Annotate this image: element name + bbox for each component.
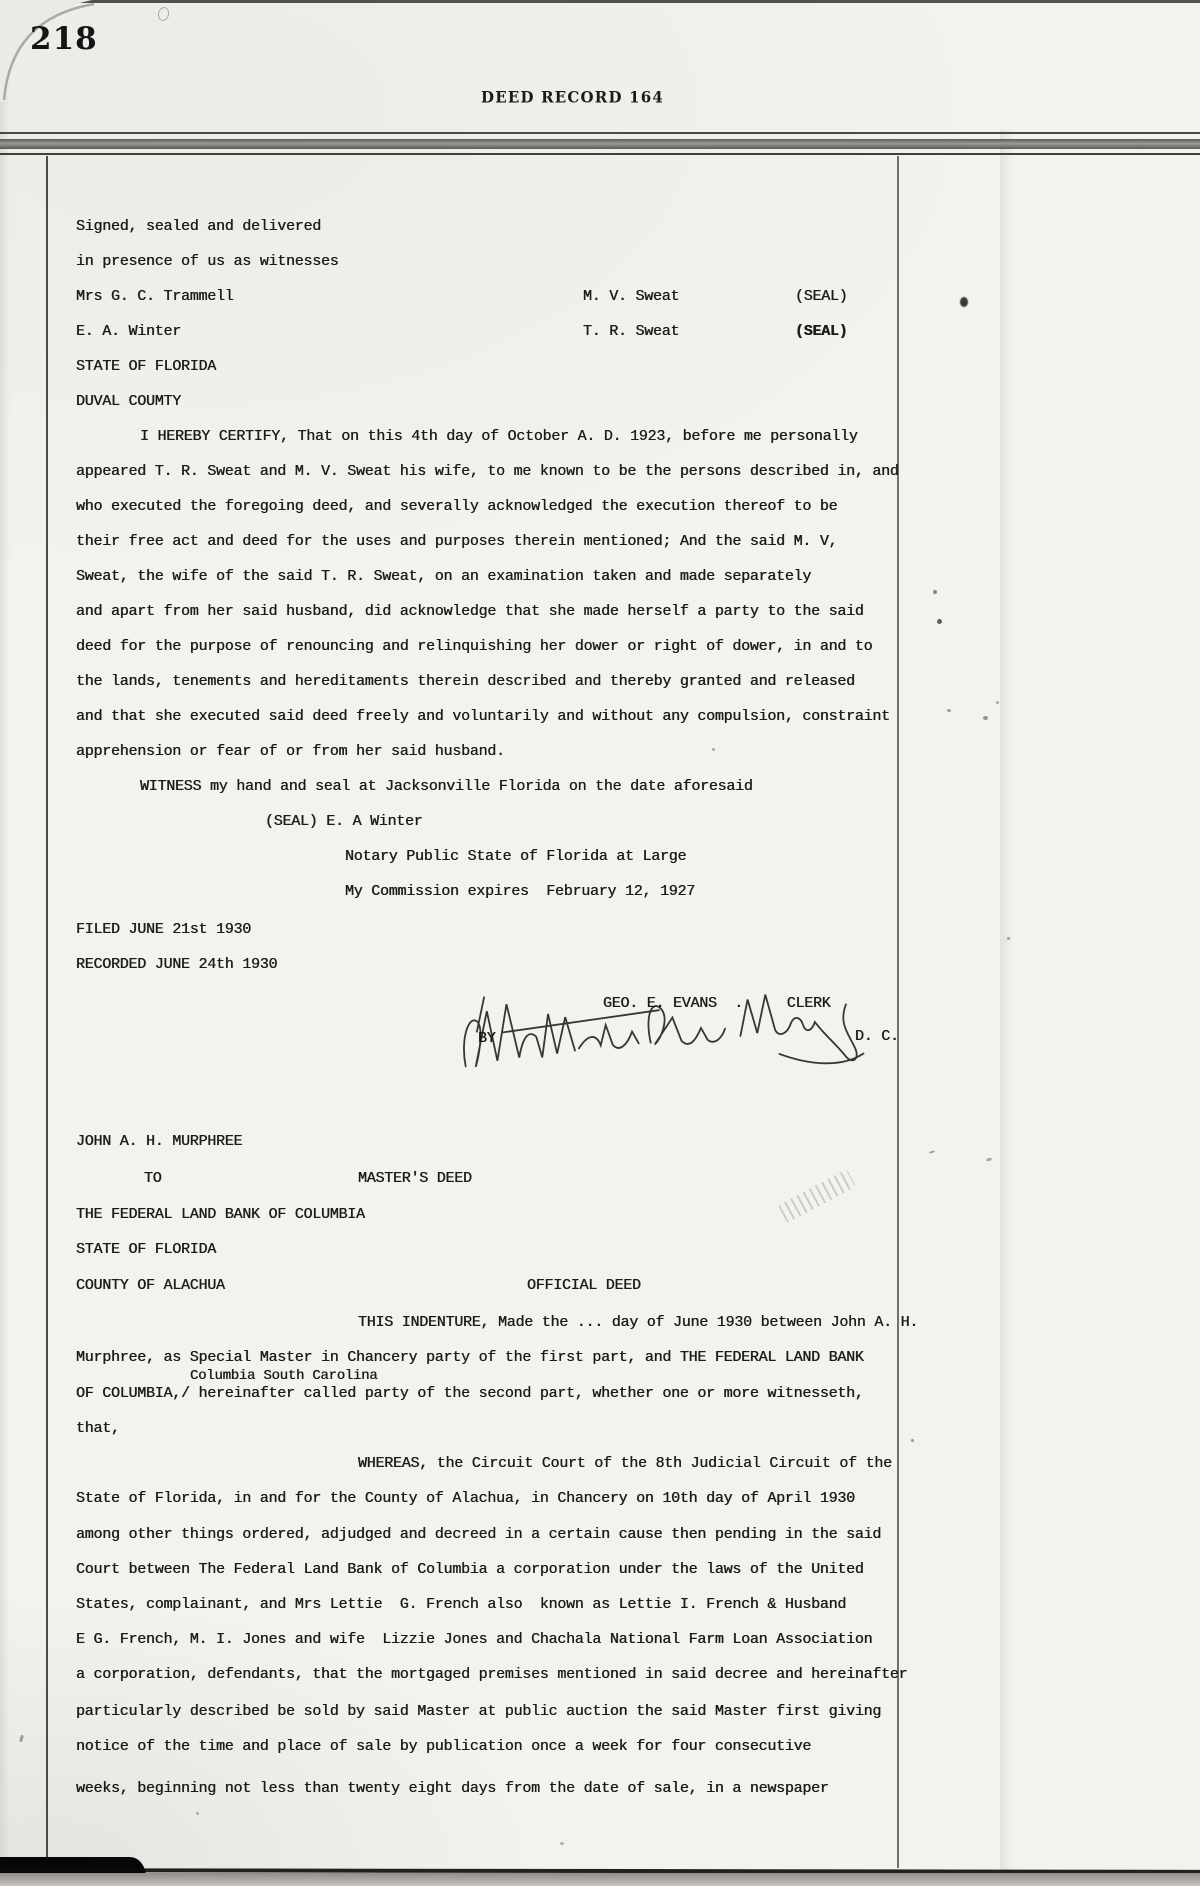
ink-speck <box>19 1735 24 1743</box>
whereas-paragraph: particularly described be sold by said M… <box>76 1703 881 1721</box>
grantor-name-m-v-sweat: M. V. Sweat <box>583 288 679 306</box>
staple-mark <box>156 6 170 22</box>
ink-speck <box>996 701 999 704</box>
attestation-line: in presence of us as witnesses <box>76 253 339 271</box>
certify-paragraph: Sweat, the wife of the said T. R. Sweat,… <box>76 568 811 586</box>
left-margin-rule <box>46 156 48 1868</box>
attestation-line: Signed, sealed and delivered <box>76 218 321 236</box>
recorded-date: RECORDED JUNE 24th 1930 <box>76 956 277 974</box>
clerk-signature-scrawl <box>445 961 880 1098</box>
right-margin-rule <box>897 156 899 1868</box>
certify-paragraph: I HEREBY CERTIFY, That on this 4th day o… <box>140 428 858 446</box>
pencil-mark <box>929 1150 935 1154</box>
county-caption: COUNTY OF ALACHUA <box>76 1277 225 1295</box>
scan-top-edge <box>0 0 1200 3</box>
notary-commission: My Commission expires February 12, 1927 <box>345 883 695 901</box>
state-caption: STATE OF FLORIDA <box>76 1241 216 1259</box>
indenture-paragraph: Murphree, as Special Master in Chancery … <box>76 1349 864 1367</box>
seal-label: (SEAL) <box>795 323 848 341</box>
header-rule-band <box>0 139 1200 149</box>
whereas-paragraph: E G. French, M. I. Jones and wife Lizzie… <box>76 1631 872 1649</box>
certify-paragraph: apprehension or fear of or from her said… <box>76 743 505 761</box>
deed-heading: OFFICIAL DEED <box>527 1277 641 1295</box>
seal-label: (SEAL) <box>795 288 848 306</box>
pencil-mark <box>986 1157 993 1161</box>
header-rule-bottom <box>0 153 1200 155</box>
certify-paragraph: and apart from her said husband, did ack… <box>76 603 864 621</box>
whereas-paragraph: weeks, beginning not less than twenty ei… <box>76 1780 829 1798</box>
indenture-paragraph: THIS INDENTURE, Made the ... day of June… <box>358 1314 918 1332</box>
scanned-deed-record-page: 218 DEED RECORD 164 Signed, sealed and d… <box>0 0 1200 1886</box>
ink-speck <box>1007 937 1010 940</box>
whereas-paragraph: Court between The Federal Land Bank of C… <box>76 1561 864 1579</box>
grantee-caption: THE FEDERAL LAND BANK OF COLUMBIA <box>76 1206 365 1224</box>
whereas-paragraph: State of Florida, in and for the County … <box>76 1490 855 1508</box>
ink-speck <box>196 1812 199 1815</box>
whereas-paragraph: notice of the time and place of sale by … <box>76 1738 811 1756</box>
indenture-paragraph: OF COLUMBIA,/ hereinafter called party o… <box>76 1385 864 1403</box>
certify-paragraph: deed for the purpose of renouncing and r… <box>76 638 872 656</box>
certify-paragraph: and that she executed said deed freely a… <box>76 708 890 726</box>
ink-speck <box>937 619 942 624</box>
ink-speck <box>712 748 715 751</box>
grantor-name-t-r-sweat: T. R. Sweat <box>583 323 679 341</box>
instrument-type: MASTER'S DEED <box>358 1170 472 1188</box>
interlined-insertion: Columbia South Carolina <box>190 1367 377 1385</box>
notary-title: Notary Public State of Florida at Large <box>345 848 686 866</box>
grantor-caption: JOHN A. H. MURPHREE <box>76 1133 242 1151</box>
faint-stamp-mark <box>778 1169 856 1223</box>
state-caption: STATE OF FLORIDA <box>76 358 216 376</box>
ink-speck <box>911 1439 914 1442</box>
certify-paragraph: the lands, tenements and hereditaments t… <box>76 673 855 691</box>
notary-seal-signature: (SEAL) E. A Winter <box>265 813 423 831</box>
certify-paragraph: appeared T. R. Sweat and M. V. Sweat his… <box>76 463 899 481</box>
whereas-paragraph: WHEREAS, the Circuit Court of the 8th Ju… <box>358 1455 892 1473</box>
page-fold-shadow <box>1000 130 1014 1870</box>
witness-name-winter: E. A. Winter <box>76 323 181 341</box>
certify-paragraph: who executed the foregoing deed, and sev… <box>76 498 837 516</box>
ink-speck <box>560 1842 564 1845</box>
header-rule-top <box>0 132 1200 134</box>
ink-speck <box>933 590 937 594</box>
whereas-paragraph: among other things ordered, adjudged and… <box>76 1526 881 1544</box>
witness-clause: WITNESS my hand and seal at Jacksonville… <box>140 778 753 796</box>
page-number: 218 <box>30 22 98 56</box>
witness-name-trammell: Mrs G. C. Trammell <box>76 288 234 306</box>
ink-speck <box>960 297 968 307</box>
scan-left-edge-shade <box>0 0 10 1886</box>
indenture-paragraph: that, <box>76 1420 120 1438</box>
certify-paragraph: their free act and deed for the uses and… <box>76 533 837 551</box>
whereas-paragraph: a corporation, defendants, that the mort… <box>76 1666 907 1684</box>
whereas-paragraph: States, complainant, and Mrs Lettie G. F… <box>76 1596 846 1614</box>
filed-date: FILED JUNE 21st 1930 <box>76 921 251 939</box>
county-caption: DUVAL COUMTY <box>76 393 181 411</box>
ink-speck <box>983 716 988 720</box>
to-label: TO <box>144 1170 162 1188</box>
scan-bottom-edge-shade <box>0 1873 1200 1886</box>
ink-speck <box>947 709 951 712</box>
running-header: DEED RECORD 164 <box>481 88 664 107</box>
